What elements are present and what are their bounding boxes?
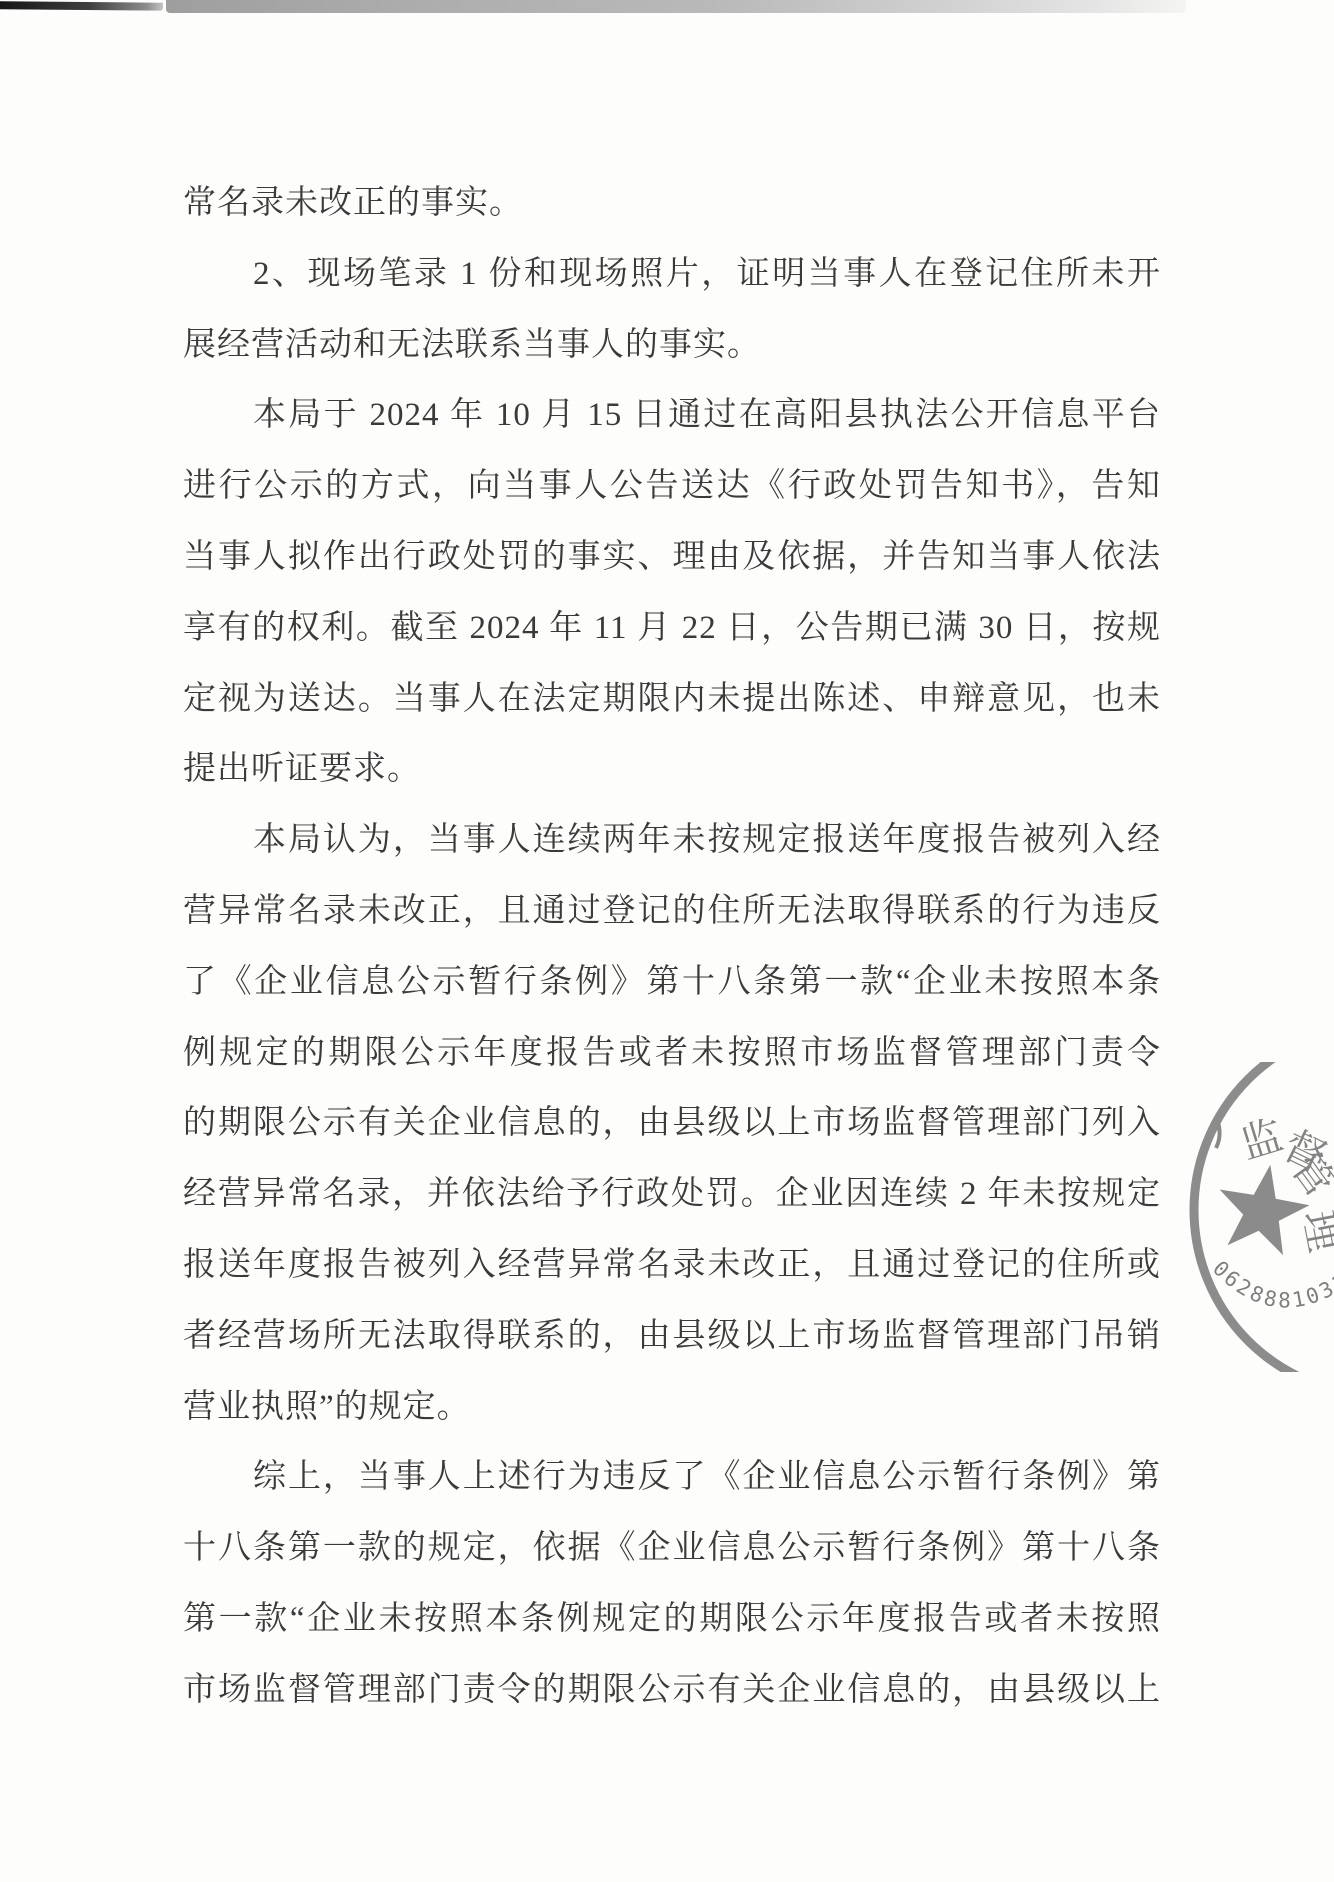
document-line: 者经营场所无法取得联系的，由县级以上市场监督管理部门吊销 [183,1301,1161,1372]
document-line: 经营异常名录，并依法给予行政处罚。企业因连续 2 年未按规定 [183,1159,1161,1230]
scanned-document-page: 常名录未改正的事实。2、现场笔录 1 份和现场照片，证明当事人在登记住所未开展经… [0,0,1334,1882]
document-line: 提出听证要求。 [183,734,1161,805]
document-line: 第一款“企业未按照本条例规定的期限公示年度报告或者未按照 [183,1584,1161,1655]
document-line: 当事人拟作出行政处罚的事实、理由及依据，并告知当事人依法 [183,522,1161,593]
document-line: 综上，当事人上述行为违反了《企业信息公示暂行条例》第 [183,1442,1161,1513]
document-line: 定视为送达。当事人在法定期限内未提出陈述、申辩意见，也未 [183,664,1161,735]
scan-artifact-top-band [166,0,1186,13]
document-line: 本局认为，当事人连续两年未按规定报送年度报告被列入经 [183,805,1161,876]
document-text: 常名录未改正的事实。2、现场笔录 1 份和现场照片，证明当事人在登记住所未开展经… [183,168,1161,1726]
seal-arc-char: 理 [1295,1207,1334,1256]
document-line: 常名录未改正的事实。 [183,168,1161,239]
document-line: 了《企业信息公示暂行条例》第十八条第一款“企业未按照本条 [183,947,1161,1018]
document-line: 例规定的期限公示年度报告或者未按照市场监督管理部门责令 [183,1018,1161,1089]
document-line: 2、现场笔录 1 份和现场照片，证明当事人在登记住所未开 [183,239,1161,310]
document-line: 进行公示的方式，向当事人公告送达《行政处罚告知书》，告知 [183,451,1161,522]
document-line: 营异常名录未改正，且通过登记的住所无法取得联系的行为违反 [183,876,1161,947]
document-line: 的期限公示有关企业信息的，由县级以上市场监督管理部门列入 [183,1088,1161,1159]
document-line: 报送年度报告被列入经营异常名录未改正，且通过登记的住所或 [183,1230,1161,1301]
document-line: 展经营活动和无法联系当事人的事实。 [183,310,1161,381]
document-line: 本局于 2024 年 10 月 15 日通过在高阳县执法公开信息平台 [183,380,1161,451]
document-line: 享有的权利。截至 2024 年 11 月 22 日，公告期已满 30 日，按规 [183,593,1161,664]
document-line: 十八条第一款的规定，依据《企业信息公示暂行条例》第十八条 [183,1513,1161,1584]
official-seal: 监 督 管 理 0628881031 5 [1174,1062,1334,1372]
document-line: 营业执照”的规定。 [183,1372,1161,1443]
scan-artifact-left-edge [0,1,163,10]
document-line: 市场监督管理部门责令的期限公示有关企业信息的，由县级以上 [183,1655,1161,1726]
